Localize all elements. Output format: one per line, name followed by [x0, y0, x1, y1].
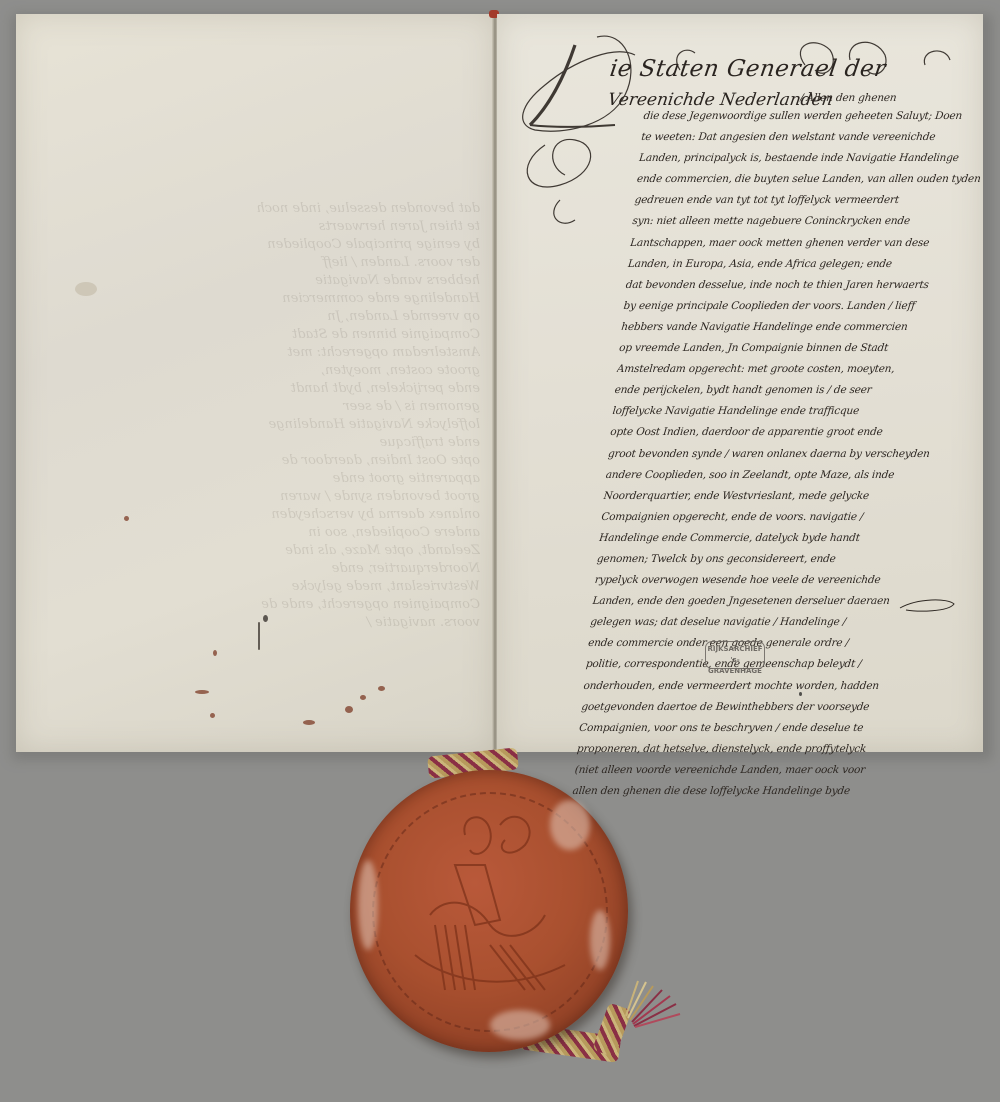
- wax-seal: [350, 770, 628, 1052]
- text-line: by eenige principale Cooplieden der voor…: [622, 296, 996, 317]
- text-line: dat bevonden desselue, inde noch te thie…: [625, 275, 999, 296]
- text-line: onderhouden, ende vermeerdert mochte wor…: [583, 676, 957, 697]
- stain: [303, 720, 315, 725]
- text-line: Landen, principalyck is, bestaende inde …: [638, 148, 1000, 169]
- text-line: te weeten: Dat angesien den welstant van…: [640, 127, 1000, 148]
- text-line: Landen, in Europa, Asia, ende Africa gel…: [627, 254, 1000, 275]
- text-line: Noorderquartier, ende Westvrieslant, med…: [602, 486, 976, 507]
- stain: [360, 695, 366, 700]
- text-line: rypelyck overwogen wesende hoe veele de …: [594, 570, 968, 591]
- text-line: opte Oost Indien, daerdoor de apparentie…: [609, 422, 983, 443]
- seal-emblem-icon: [405, 805, 575, 1005]
- text-line: ende perijckelen, bydt handt genomen is …: [614, 380, 988, 401]
- seal-wear: [490, 1010, 550, 1040]
- text-line: Compaignien, voor ons te beschryven / en…: [578, 718, 952, 739]
- closing-flourish-icon: [898, 596, 958, 616]
- seal-wear: [590, 910, 610, 970]
- stain: [195, 690, 209, 694]
- text-line: Amstelredam opgerecht: met groote costen…: [616, 359, 990, 380]
- text-line: ende commercie onder een goede generale …: [587, 633, 961, 654]
- stain: [213, 650, 217, 656]
- text-line: (niet alleen voorde vereenichde Landen, …: [574, 760, 948, 781]
- text-line: goetgevonden daertoe de Bewinthebbers de…: [580, 697, 954, 718]
- text-line: Compaignien opgerecht, ende de voors. na…: [600, 507, 974, 528]
- stain: [258, 622, 260, 650]
- text-line: genomen; Twelck by ons geconsidereert, e…: [596, 549, 970, 570]
- archive-stamp: RIJKSARCHIEF 's-GRAVENHAGE: [705, 641, 765, 669]
- stain: [210, 713, 215, 718]
- stain: [263, 615, 268, 622]
- text-line: syn: niet alleen mette nagebuere Coninck…: [631, 211, 1000, 232]
- stain: [378, 686, 385, 691]
- text-line: die dese Jegenwoordige sullen werden geh…: [642, 106, 1000, 127]
- text-line: Lantschappen, maer oock metten ghenen ve…: [629, 233, 1000, 254]
- seal-wear: [358, 860, 378, 950]
- text-line: gedreuen ende van tyt tot tyt loffelyck …: [633, 190, 1000, 211]
- text-line: Handelinge ende Commercie, datelyck byde…: [598, 528, 972, 549]
- ink-bleed-through: dat bevonden desselue, inde noch te thie…: [250, 200, 480, 640]
- stain: [75, 282, 97, 296]
- text-line: proponeren, dat hetselve, dienstelyck, e…: [576, 739, 950, 760]
- seal-tassel-icon: [618, 976, 688, 1036]
- text-line: hebbers vande Navigatie Handelinge ende …: [620, 317, 994, 338]
- text-line: allen den ghenen die dese loffelycke Han…: [571, 781, 945, 802]
- text-line: ende commercien, die buyten selue Landen…: [636, 169, 1000, 190]
- text-line: loffelycke Navigatie Handelinge ende tra…: [611, 401, 985, 422]
- charter-body-text: die dese Jegenwoordige sullen werden geh…: [571, 106, 1000, 802]
- ink-dot: [799, 692, 802, 696]
- stain: [124, 516, 129, 521]
- text-line: op vreemde Landen, Jn Compaignie binnen …: [618, 338, 992, 359]
- stain: [345, 706, 353, 713]
- text-line: groot bevonden synde / waren onlanex dae…: [607, 444, 981, 465]
- text-line: andere Cooplieden, soo in Zeelandt, opte…: [605, 465, 979, 486]
- text-line: politie, correspondentie, ende gemeensch…: [585, 654, 959, 675]
- charter-heading-line-1: ie Staten Generael der: [608, 56, 887, 82]
